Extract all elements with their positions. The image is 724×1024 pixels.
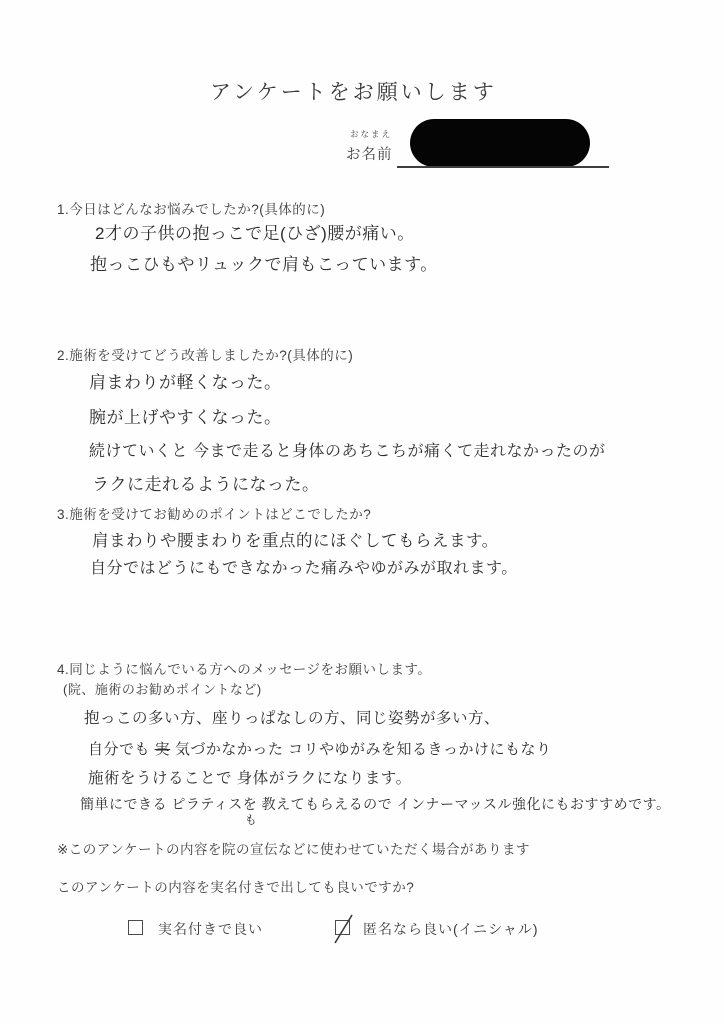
particle-original: を [243,796,258,812]
name-underline[interactable] [397,166,609,168]
page-title: アンケートをお願いします [210,76,497,106]
question-2-answer-line: 続けていくと 今まで走ると身体のあちこちが痛くて走れなかったのが [89,438,605,461]
question-2-answer-line: 腕が上げやすくなった。 [89,403,282,428]
question-4-answer-line: 施術をうけることで 身体がラクになります。 [88,766,412,788]
redacted-name-value [410,119,590,167]
question-4-label: 4.同じように悩んでいる方へのメッセージをお願いします。 [57,658,431,678]
corrected-particle: をも [243,794,258,814]
answer-text: 自分でも [88,741,155,758]
question-4-answer-line: 抱っこの多い方、座りっぱなしの方、同じ姿勢が多い方、 [84,706,500,728]
question-1-answer-line: 2才の子供の抱っこで足(ひざ)腰が痛い。 [95,219,415,244]
question-3-label: 3.施術を受けてお勧めのポイントはどこでしたか? [57,503,371,523]
name-label: お名前 [346,143,393,164]
struck-out-character: 実 [155,741,171,758]
checkbox-anonymous[interactable] [335,920,350,935]
question-3-answer-line: 自分ではどうにもできなかった痛みやゆがみが取れます。 [90,555,518,578]
question-2-answer-line: ラクに走れるようになった。 [92,470,320,495]
question-2-answer-line: 肩まわりが軽くなった。 [89,368,282,393]
question-1-answer-line: 抱っこひもやリュックで肩もこっています。 [90,250,438,275]
question-4-answer-line: 自分でも 実 気づかなかった コリやゆがみを知るきっかけにもなり [88,738,552,759]
answer-text: 気づかなかった コリやゆがみを知るきっかけにもなり [170,741,551,758]
survey-page: アンケートをお願いします おなまえ お名前 1.今日はどんなお悩みでしたか?(具… [0,0,724,1024]
question-4-sublabel: (院、施術のお勧めポイントなど) [63,679,262,698]
answer-text: 教えてもらえるので インナーマッスル強化にもおすすめです。 [257,796,670,812]
consent-question: このアンケートの内容を実名付きで出しても良いですか? [57,876,414,896]
question-1-label: 1.今日はどんなお悩みでしたか?(具体的に) [57,198,325,218]
option-anonymous-label: 匿名なら良い(イニシャル) [363,919,538,939]
name-furigana: おなまえ [350,128,392,140]
question-2-label: 2.施術を受けてどう改善しましたか?(具体的に) [57,344,353,364]
answer-text: 簡単にできる ピラティス [80,796,243,812]
option-real-name-label: 実名付きで良い [158,919,263,939]
particle-correction: も [245,811,258,828]
question-3-answer-line: 肩まわりや腰まわりを重点的にほぐしてもらえます。 [92,527,499,551]
question-4-answer-line: 簡単にできる ピラティスをも 教えてもらえるので インナーマッスル強化にもおすす… [80,794,671,814]
usage-notice: ※このアンケートの内容を院の宣伝などに使わせていただく場合があります [57,838,530,858]
checkbox-real-name[interactable] [128,920,143,935]
check-mark-icon [330,912,356,944]
